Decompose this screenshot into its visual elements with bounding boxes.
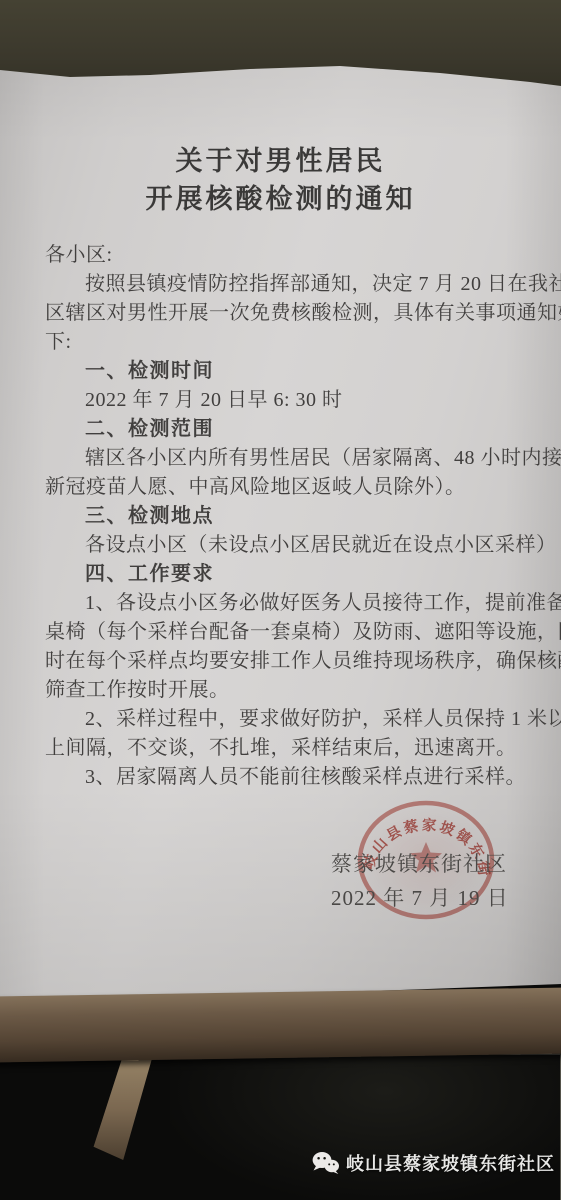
doc-line: 一、检测时间 (45, 357, 537, 386)
photo-frame: 关于对男性居民 开展核酸检测的通知 各小区:按照县镇疫情防控指挥部通知，决定 7… (0, 0, 561, 1200)
watermark-text: 岐山县蔡家坡镇东街社区 (346, 1150, 555, 1176)
watermark: 岐山县蔡家坡镇东街社区 (312, 1150, 555, 1176)
document-title: 关于对男性居民 开展核酸检测的通知 (0, 142, 561, 218)
doc-line: 三、检测地点 (45, 502, 537, 531)
doc-line: 下: (45, 328, 537, 357)
wooden-table-edge (0, 987, 561, 1062)
doc-line: 上间隔，不交谈，不扎堆，采样结束后，迅速离开。 (45, 734, 537, 763)
doc-line: 2022 年 7 月 20 日早 6: 30 时 (45, 386, 537, 415)
signature-block: 蔡家坡镇东街社区 2022 年 7 月 19 日 (331, 847, 509, 915)
doc-line: 各小区: (45, 241, 537, 270)
signature-org: 蔡家坡镇东街社区 (331, 847, 509, 881)
dark-bag-shape (170, 1055, 560, 1200)
doc-line: 区辖区对男性开展一次免费核酸检测，具体有关事项通知如 (45, 299, 537, 328)
doc-line: 按照县镇疫情防控指挥部通知，决定 7 月 20 日在我社 (45, 270, 537, 299)
wechat-icon (312, 1151, 340, 1175)
doc-line: 各设点小区（未设点小区居民就近在设点小区采样） (45, 531, 537, 560)
doc-line: 3、居家隔离人员不能前往核酸采样点进行采样。 (45, 763, 537, 792)
table-leg (92, 1050, 170, 1160)
doc-line: 2、采样过程中，要求做好防护，采样人员保持 1 米以 (45, 705, 537, 734)
doc-line: 筛查工作按时开展。 (45, 676, 537, 705)
doc-line: 1、各设点小区务必做好医务人员接待工作，提前准备 (45, 589, 537, 618)
doc-body: 各小区:按照县镇疫情防控指挥部通知，决定 7 月 20 日在我社区辖区对男性开展… (45, 241, 537, 792)
doc-line: 四、工作要求 (45, 560, 537, 589)
doc-line: 桌椅（每个采样台配备一套桌椅）及防雨、遮阳等设施，同 (45, 618, 537, 647)
signature-date: 2022 年 7 月 19 日 (331, 881, 509, 915)
doc-line: 二、检测范围 (45, 415, 537, 444)
doc-line: 辖区各小区内所有男性居民（居家隔离、48 小时内接种 (45, 444, 537, 473)
doc-line: 时在每个采样点均要安排工作人员维持现场秩序，确保核酸 (45, 647, 537, 676)
doc-line: 新冠疫苗人愿、中高风险地区返岐人员除外）。 (45, 473, 537, 502)
title-line-1: 关于对男性居民 (0, 142, 561, 180)
title-line-2: 开展核酸检测的通知 (0, 180, 561, 218)
